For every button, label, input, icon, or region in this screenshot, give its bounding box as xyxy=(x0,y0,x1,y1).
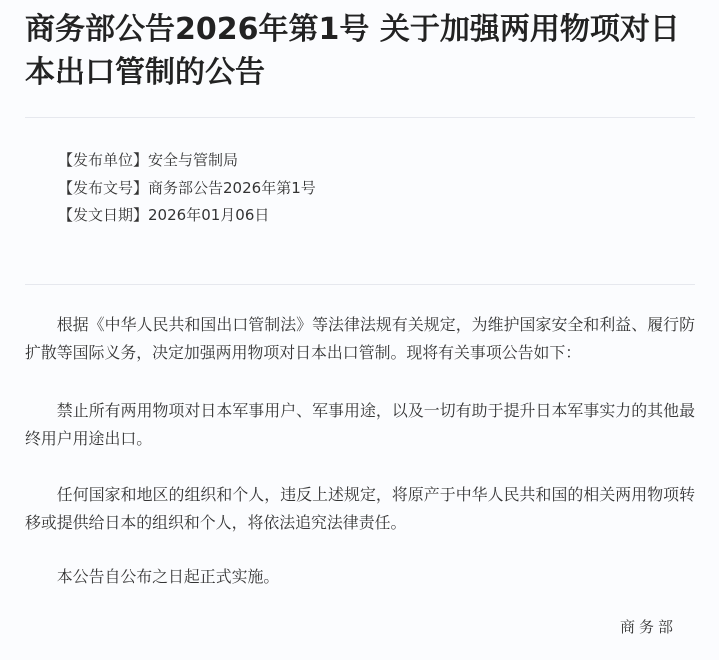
meta-value: 商务部公告2026年第1号 xyxy=(148,179,316,197)
meta-issuing-unit: 【发布单位】安全与管制局 xyxy=(58,147,316,175)
meta-value: 2026年01月06日 xyxy=(148,206,269,224)
body-paragraph-liability: 任何国家和地区的组织和个人，违反上述规定，将原产于中华人民共和国的相关两用物项转… xyxy=(25,481,695,537)
meta-value: 安全与管制局 xyxy=(148,151,238,169)
page-title: 商务部公告2026年第1号 关于加强两用物项对日本出口管制的公告 xyxy=(25,8,705,94)
meta-divider xyxy=(25,284,695,285)
body-paragraph-effective: 本公告自公布之日起正式实施。 xyxy=(25,563,695,591)
title-divider xyxy=(25,117,695,118)
body-paragraph-intro: 根据《中华人民共和国出口管制法》等法律法规有关规定，为维护国家安全和利益、履行防… xyxy=(25,311,695,367)
meta-label: 【发布文号】 xyxy=(58,179,148,197)
meta-label: 【发文日期】 xyxy=(58,206,148,224)
document-metadata: 【发布单位】安全与管制局 【发布文号】商务部公告2026年第1号 【发文日期】2… xyxy=(58,147,316,230)
meta-issue-date: 【发文日期】2026年01月06日 xyxy=(58,202,316,230)
signature: 商务部 xyxy=(620,616,677,638)
meta-label: 【发布单位】 xyxy=(58,151,148,169)
meta-document-number: 【发布文号】商务部公告2026年第1号 xyxy=(58,175,316,203)
body-paragraph-prohibition: 禁止所有两用物项对日本军事用户、军事用途，以及一切有助于提升日本军事实力的其他最… xyxy=(25,397,695,453)
announcement-page: 商务部公告2026年第1号 关于加强两用物项对日本出口管制的公告 【发布单位】安… xyxy=(0,0,719,660)
